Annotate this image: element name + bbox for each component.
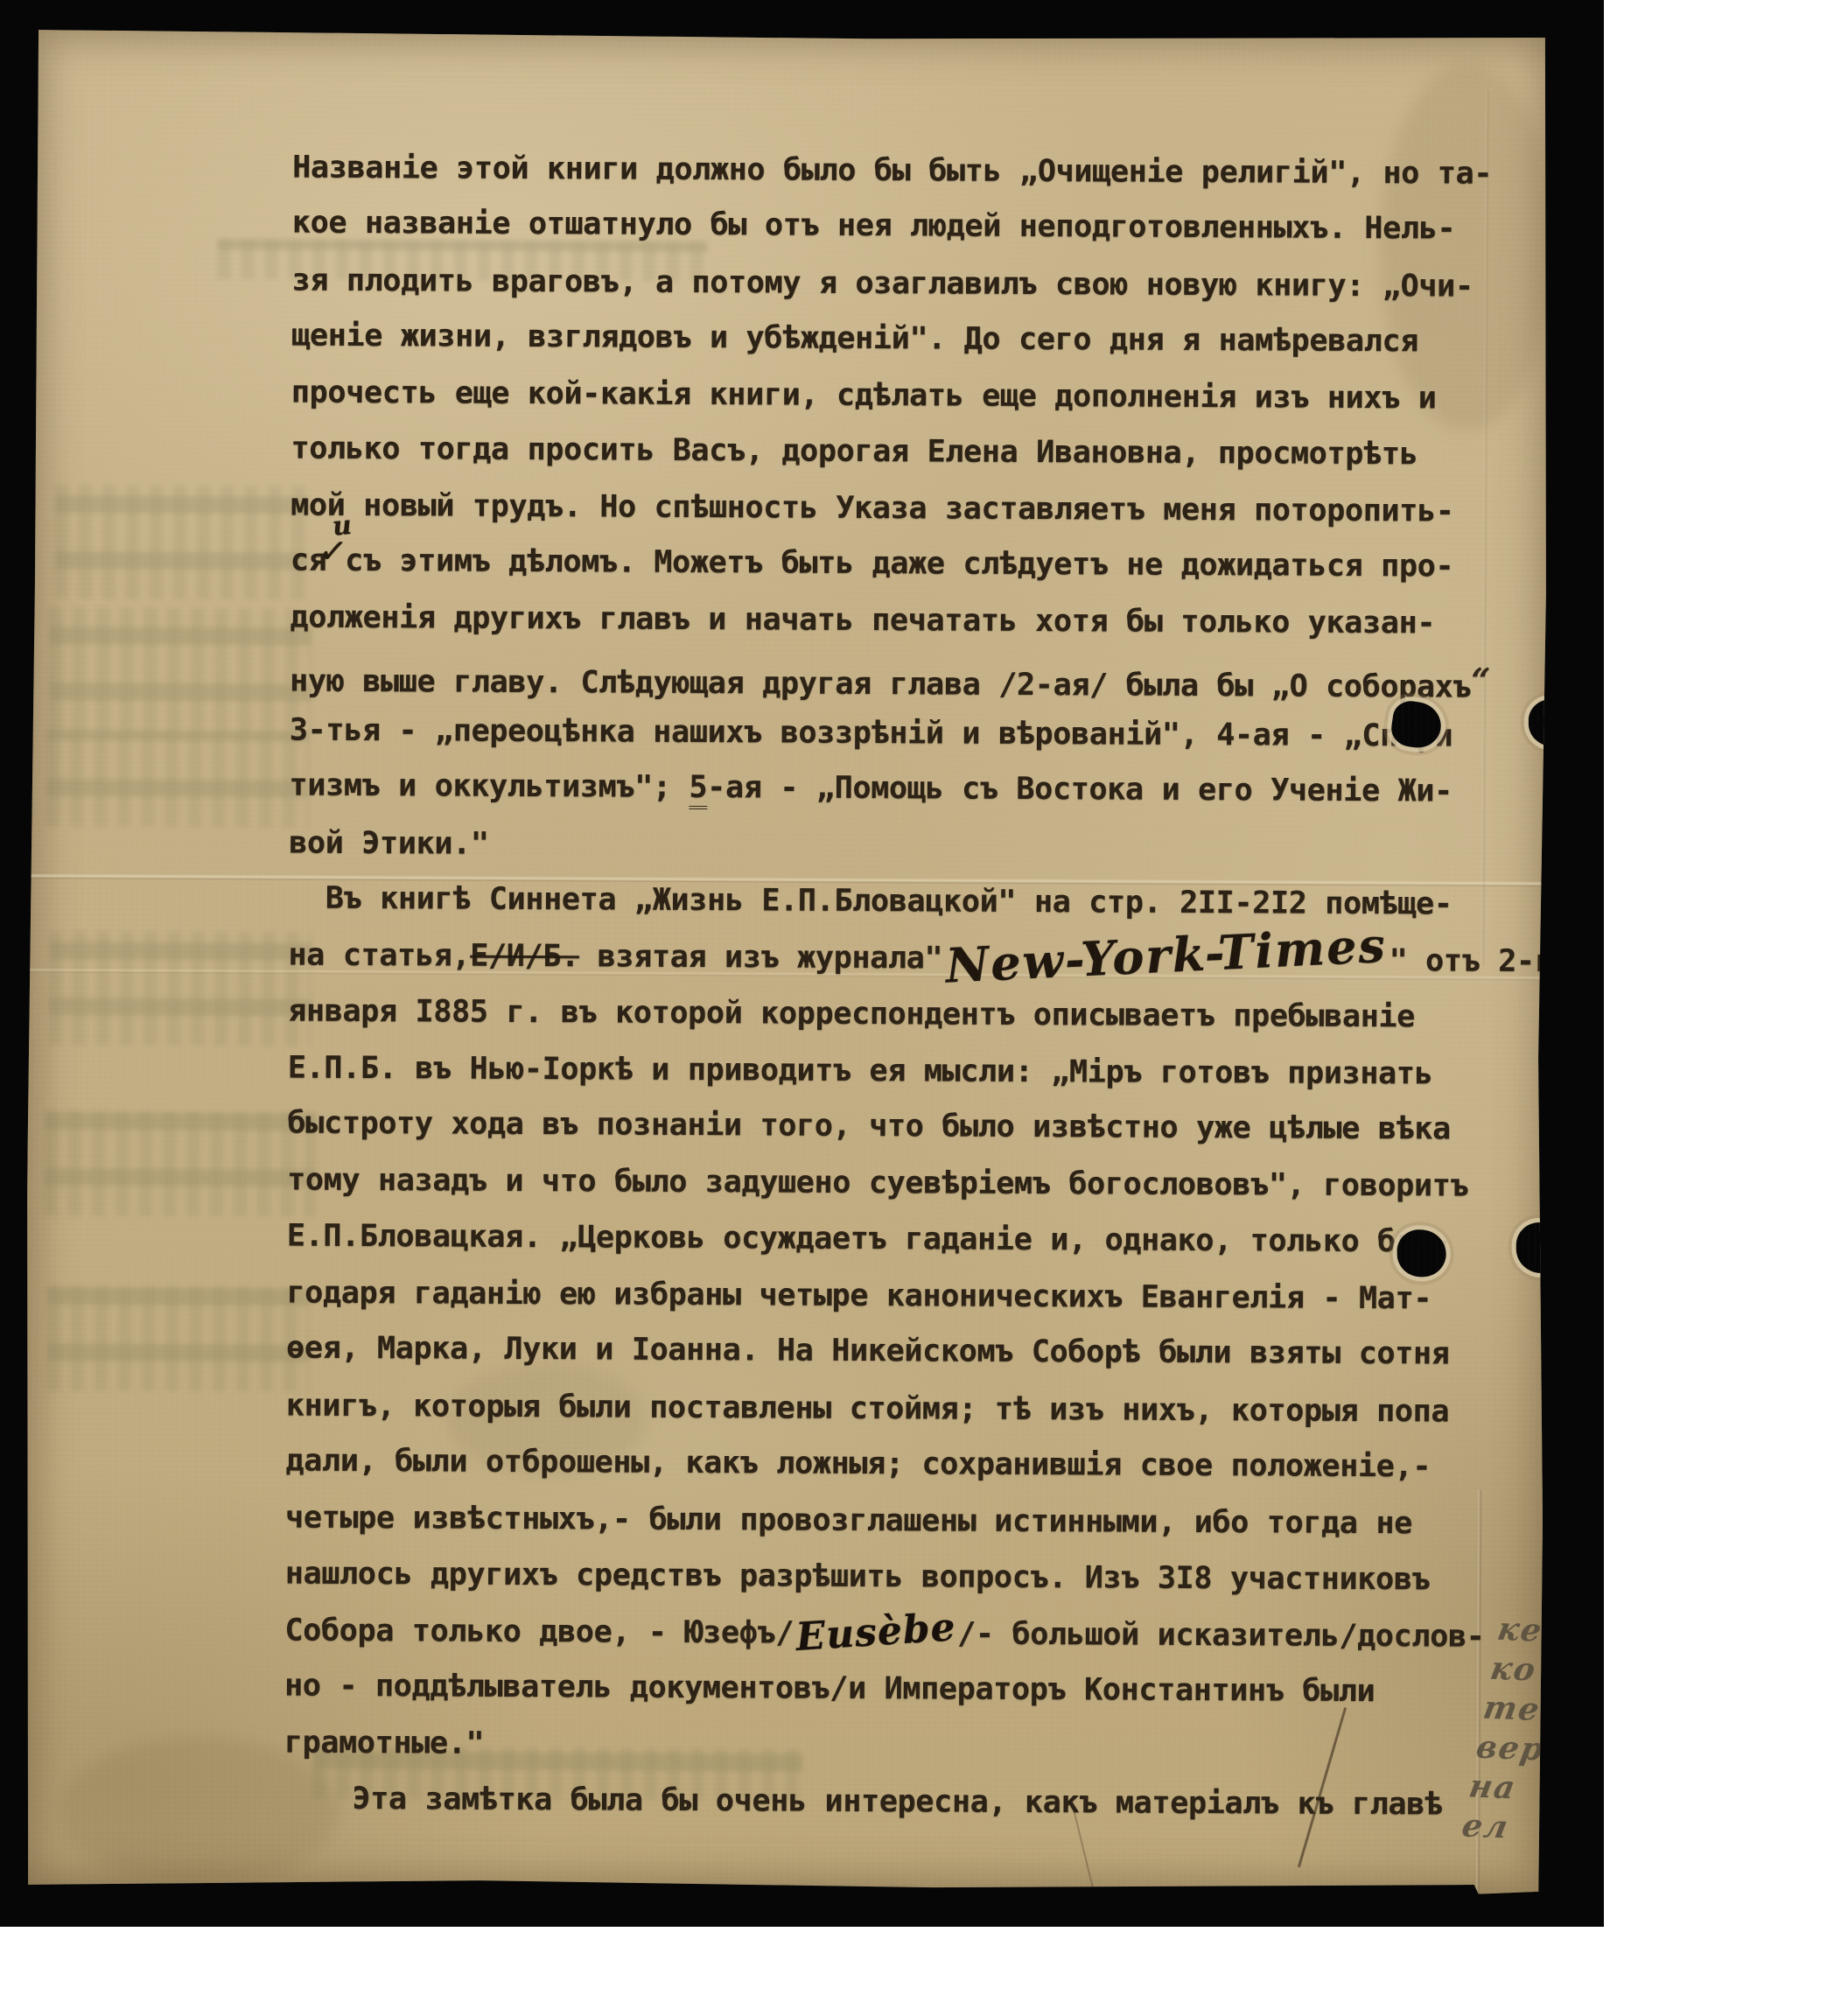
typed-line: дали, были отброшены, какъ ложныя; сохра… [285,1441,1431,1486]
margin-note-line: ке [1494,1611,1546,1649]
typed-line: ся съ этимъ дѣломъ. Можетъ быть даже слѣ… [290,542,1454,586]
typed-segment: тизмъ и оккультизмъ"; [289,768,689,805]
typed-line: зя плодить враговъ, а потому я озаглавил… [291,261,1473,305]
margin-note-line: на [1466,1767,1520,1806]
typed-segment: /- большой исказитель/дослов- [957,1616,1485,1654]
typed-line: января I885 г. въ которой корреспондентъ… [288,991,1415,1036]
typed-line: Эта замѣтка была бы очень интересна, как… [352,1780,1443,1824]
typed-line: но - поддѣлыватель документовъ/и Императ… [284,1667,1375,1711]
typed-line: вой Этики." [289,823,489,863]
typed-line: ную выше главу. Слѣдующая другая глава /… [290,654,1490,698]
typed-line: кое названіе отшатнуло бы отъ нея людей … [292,204,1456,248]
margin-note-line: ел [1459,1807,1513,1845]
script2-text: Eusèbe [795,1627,955,1638]
typed-line: Названіе этой книги должно было бы быть … [292,149,1492,193]
emph-text: 5 [689,770,707,809]
struck-text: Е/И/Б. [470,939,579,975]
typed-line: долженія другихъ главъ и начать печатать… [290,598,1435,643]
typed-line: прочесть еще кой-какія книги, сдѣлать ещ… [291,374,1437,418]
typed-line: тизмъ и оккультизмъ"; 5-ая - „Помощь съ … [289,766,1452,811]
margin-note: кекотевернаел [1501,1611,1550,1615]
typed-line: Е.П.Бловацкая. „Церковь осуждаетъ гадані… [287,1216,1451,1261]
handwritten-caret-icon: ✓ [317,529,349,572]
typed-segment: Собора только двое, - Юзефъ/ [284,1613,794,1650]
typed-line: грамотные." [284,1724,485,1763]
typed-line: 3-тья - „переоцѣнка нашихъ воззрѣній и в… [290,711,1453,756]
typed-line: щеніе жизни, взглядовъ и убѣжденій". До … [291,316,1418,360]
typed-segment: -ая - „Помощь съ Востока и его Ученіе Жи… [707,770,1452,808]
scan-black-background: Названіе этой книги должно было бы быть … [0,0,1604,1927]
typed-line: Е.П.Б. въ Нью-Іоркѣ и приводитъ ея мысли… [288,1048,1433,1093]
typed-line: тому назадъ и что было задушено суевѣріе… [287,1161,1468,1206]
typed-line: нашлось другихъ средствъ разрѣшить вопро… [285,1554,1431,1599]
typed-line: только тогда просить Васъ, дорогая Елена… [290,429,1417,473]
handq-text: “ [1471,660,1490,699]
script-text: New-York-Times [946,945,1387,966]
margin-note-line: ко [1487,1650,1540,1689]
margin-note-line: те [1480,1690,1543,1729]
typed-line: ѳея, Марка, Луки и Іоанна. На Никейскомъ… [286,1329,1450,1374]
typed-segment: взятая изъ журнала" [579,939,943,976]
typed-line: годаря гаданію ею избраны четыре канонич… [286,1274,1431,1319]
typed-line: четыре извѣстныхъ,- были провозглашены и… [285,1499,1412,1543]
typed-segment: на статья, [288,938,470,974]
typed-line: книгъ, которыя были поставлены стоймя; т… [286,1386,1450,1431]
punch-hole [1397,1229,1446,1277]
typed-segment: ную выше главу. Слѣдующая другая глава /… [290,663,1471,704]
typed-line: быстроту хода въ познаніи того, что было… [287,1104,1451,1149]
margin-note-line: вер [1473,1729,1548,1768]
typed-text: Названіе этой книги должно было бы быть … [24,30,1550,1894]
typed-line: Въ книгѣ Синнета „Жизнь Е.П.Бловацкой" н… [325,879,1452,924]
typed-line: мой новый трудъ. Но спѣшность Указа заст… [290,486,1454,530]
typed-segment: " отъ 2-го [1389,943,1550,979]
typed-line: Собора только двое, - Юзефъ/Eusèbe/- бол… [284,1611,1484,1655]
typed-line: на статья,Е/И/Б. взятая изъ журнала"New-… [288,936,1550,982]
letter-paper: Названіе этой книги должно было бы быть … [24,30,1550,1894]
scanned-letter-page: { "document": { "lines": [ {"t": "Назван… [0,0,1848,2016]
